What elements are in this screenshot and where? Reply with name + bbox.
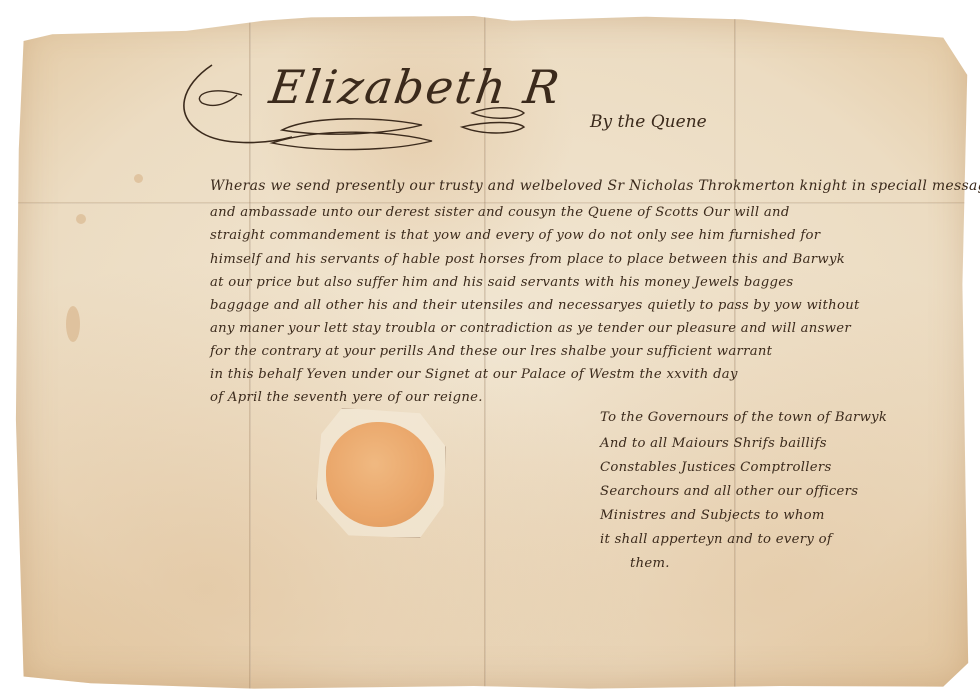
- body-line: for the contrary at your perills And the…: [210, 344, 772, 359]
- address-line: And to all Maiours Shrifs baillifs: [600, 436, 827, 451]
- horizontal-fold-line: [14, 202, 972, 204]
- wax-seal-icon: [326, 422, 434, 527]
- body-line: of April the seventh yere of our reigne.: [210, 390, 483, 405]
- address-line: it shall apperteyn and to every of: [600, 532, 832, 547]
- address-line: them.: [630, 556, 670, 571]
- address-line: Constables Justices Comptrollers: [600, 460, 832, 475]
- foxing-spot: [76, 214, 86, 224]
- body-line: in this behalf Yeven under our Signet at…: [210, 367, 738, 382]
- body-line: Wheras we send presently our trusty and …: [210, 178, 980, 194]
- address-line: Searchours and all other our officers: [600, 484, 858, 499]
- body-line: at our price but also suffer him and his…: [210, 275, 793, 290]
- body-line: straight commandement is that yow and ev…: [210, 228, 820, 243]
- body-line: and ambassade unto our derest sister and…: [210, 205, 790, 220]
- address-line: To the Governours of the town of Barwyk: [600, 410, 887, 425]
- foxing-spot: [134, 174, 143, 183]
- body-line: any maner your lett stay troubla or cont…: [210, 321, 851, 336]
- body-line: baggage and all other his and their uten…: [210, 298, 860, 313]
- body-line: himself and his servants of hable post h…: [210, 252, 845, 267]
- royal-signature: Elizabeth R: [266, 60, 564, 114]
- heading-by-the-queen: By the Quene: [590, 112, 707, 132]
- foxing-spot: [66, 306, 80, 342]
- address-line: Ministres and Subjects to whom: [600, 508, 825, 523]
